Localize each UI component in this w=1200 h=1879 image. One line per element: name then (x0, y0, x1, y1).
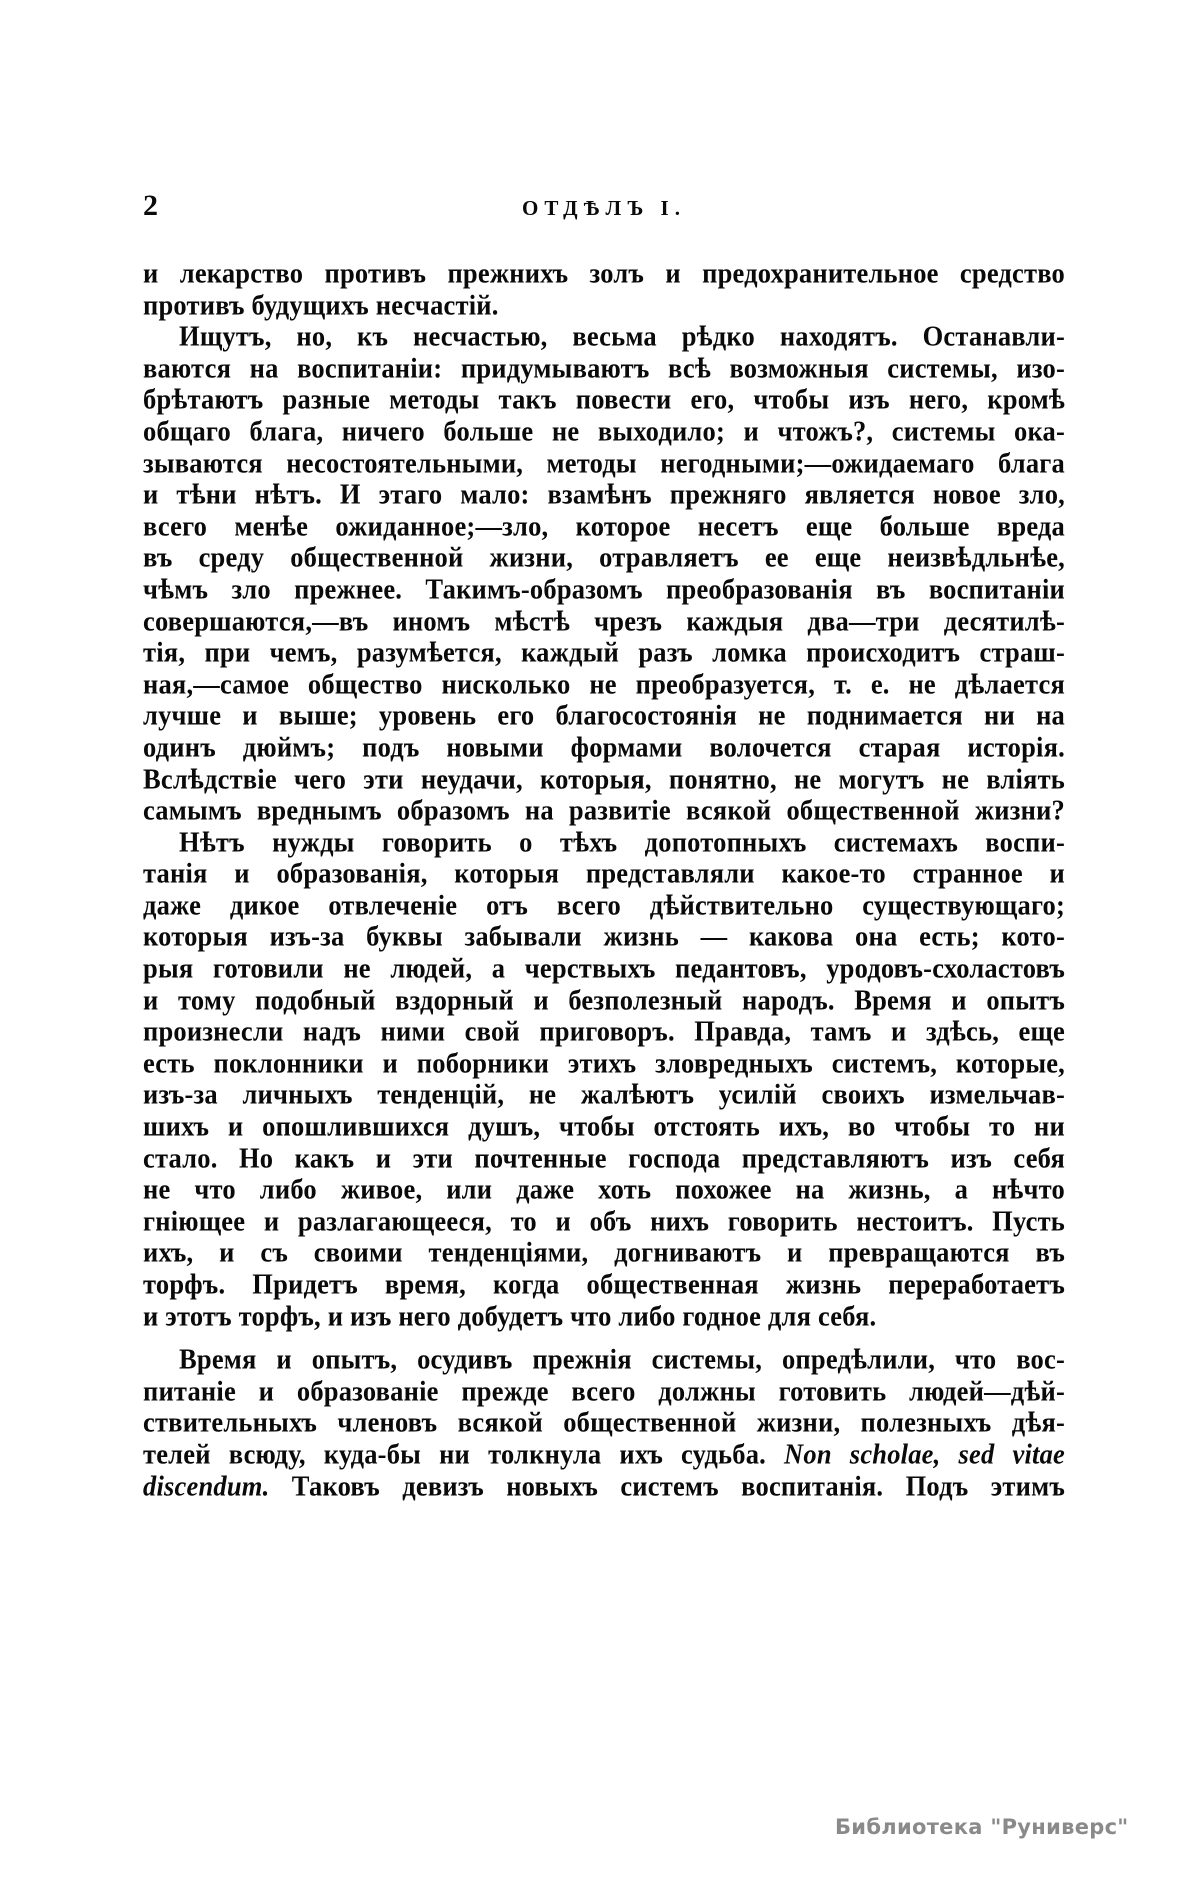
text-line: Вслѣдствіе чего эти неудачи, которыя, по… (143, 762, 1065, 796)
text-line: самымъ вреднымъ образомъ на развитіе вся… (143, 794, 1065, 828)
text-line: гніющее и разлагающееся, то и объ нихъ г… (143, 1205, 1065, 1239)
text-line: одинъ дюймъ; подъ новыми формами волочет… (143, 731, 1065, 765)
text-line: изъ-за личныхъ тенденцій, не жалѣютъ уси… (143, 1078, 1065, 1112)
text-line: и тому подобный вздорный и безполезный н… (143, 983, 1065, 1017)
text-line: и лекарство противъ прежнихъ золъ и пред… (143, 257, 1065, 291)
library-watermark: Библиотека "Руниверс" (835, 1815, 1129, 1839)
text-line: и тѣни нѣтъ. И этаго мало: взамѣнъ прежн… (143, 478, 1065, 512)
text-line: не что либо живое, или даже хоть похожее… (143, 1173, 1065, 1207)
text-line: произнесли надъ ними свой приговоръ. Пра… (143, 1015, 1065, 1049)
text-line: торфъ. Придетъ время, когда общественная… (143, 1268, 1065, 1302)
text-line: ная,—самое общество нисколько не преобра… (143, 667, 1065, 701)
text-line: всего менѣе ожиданное;—зло, которое несе… (143, 509, 1065, 543)
text-line: общаго блага, ничего больше не выходило;… (143, 415, 1065, 449)
text-line: и этотъ торфъ, и изъ него добудетъ что л… (143, 1299, 1065, 1333)
text-line: discendum. Таковъ девизъ новыхъ системъ … (143, 1469, 1065, 1503)
text-fragment: discendum. Таковъ девизъ новыхъ системъ … (143, 1469, 1065, 1501)
text-line: зываются несостоятельными, методы негодн… (143, 446, 1065, 480)
text-line: чѣмъ зло прежнее. Такимъ-образомъ преобр… (143, 573, 1065, 607)
body-text: и лекарство противъ прежнихъ золъ и пред… (143, 258, 1065, 1502)
text-line: стало. Но какъ и эти почтенные господа п… (143, 1141, 1065, 1175)
book-page: 2 ОТДѢЛЪ I. и лекарство противъ прежнихъ… (143, 0, 1065, 1879)
text-line: питаніе и образованіе прежде всего должн… (143, 1375, 1065, 1409)
latin-phrase: discendum. (143, 1469, 269, 1501)
latin-phrase: Non scholae, sed vitae (784, 1438, 1065, 1470)
text-line: танія и образованія, которыя представлял… (143, 857, 1065, 891)
text-line: Время и опытъ, осудивъ прежнія системы, … (143, 1343, 1065, 1377)
text-fragment: телей всюду, куда-бы ни толкнула ихъ суд… (143, 1438, 1065, 1470)
text-line: тія, при чемъ, разумѣется, каждый разъ л… (143, 636, 1065, 670)
text-line: рыя готовили не людей, а черствыхъ педан… (143, 952, 1065, 986)
section-title: ОТДѢЛЪ I. (143, 188, 1065, 228)
text-line: ваются на воспитаніи: придумываютъ всѣ в… (143, 352, 1065, 386)
text-line: даже дикое отвлеченіе отъ всего дѣйствит… (143, 889, 1065, 923)
paragraph: Нѣтъ нужды говорить о тѣхъ допотопныхъ с… (143, 827, 1065, 1333)
text-fragment: телей всюду, куда-бы ни толкнула ихъ суд… (143, 1438, 784, 1470)
text-fragment: Таковъ девизъ новыхъ системъ воспитанія.… (269, 1469, 1065, 1501)
text-line: шихъ и опошлившихся душъ, чтобы отстоять… (143, 1110, 1065, 1144)
text-line: есть поклонники и поборники этихъ зловре… (143, 1047, 1065, 1081)
running-head: 2 ОТДѢЛЪ I. (143, 186, 1065, 226)
text-line: лучше и выше; уровень его благосостоянія… (143, 699, 1065, 733)
text-line: въ среду общественной жизни, отравляетъ … (143, 541, 1065, 575)
text-line: совершаются,—въ иномъ мѣстѣ чрезъ каждыя… (143, 604, 1065, 638)
text-line: телей всюду, куда-бы ни толкнула ихъ суд… (143, 1438, 1065, 1472)
text-line: брѣтаютъ разные методы такъ повести его,… (143, 383, 1065, 417)
text-line: противъ будущихъ несчастій. (143, 288, 1065, 322)
text-line: ствительныхъ членовъ всякой общественной… (143, 1406, 1065, 1440)
text-line: Нѣтъ нужды говорить о тѣхъ допотопныхъ с… (143, 825, 1065, 859)
paragraph: и лекарство противъ прежнихъ золъ и пред… (143, 258, 1065, 321)
text-line: которыя изъ-за буквы забывали жизнь — ка… (143, 920, 1065, 954)
text-line: ихъ, и съ своими тенденціями, догниваютъ… (143, 1236, 1065, 1270)
paragraph: Ищутъ, но, къ несчастью, весьма рѣдко на… (143, 321, 1065, 827)
text-line: Ищутъ, но, къ несчастью, весьма рѣдко на… (143, 320, 1065, 354)
paragraph: Время и опытъ, осудивъ прежнія системы, … (143, 1344, 1065, 1502)
